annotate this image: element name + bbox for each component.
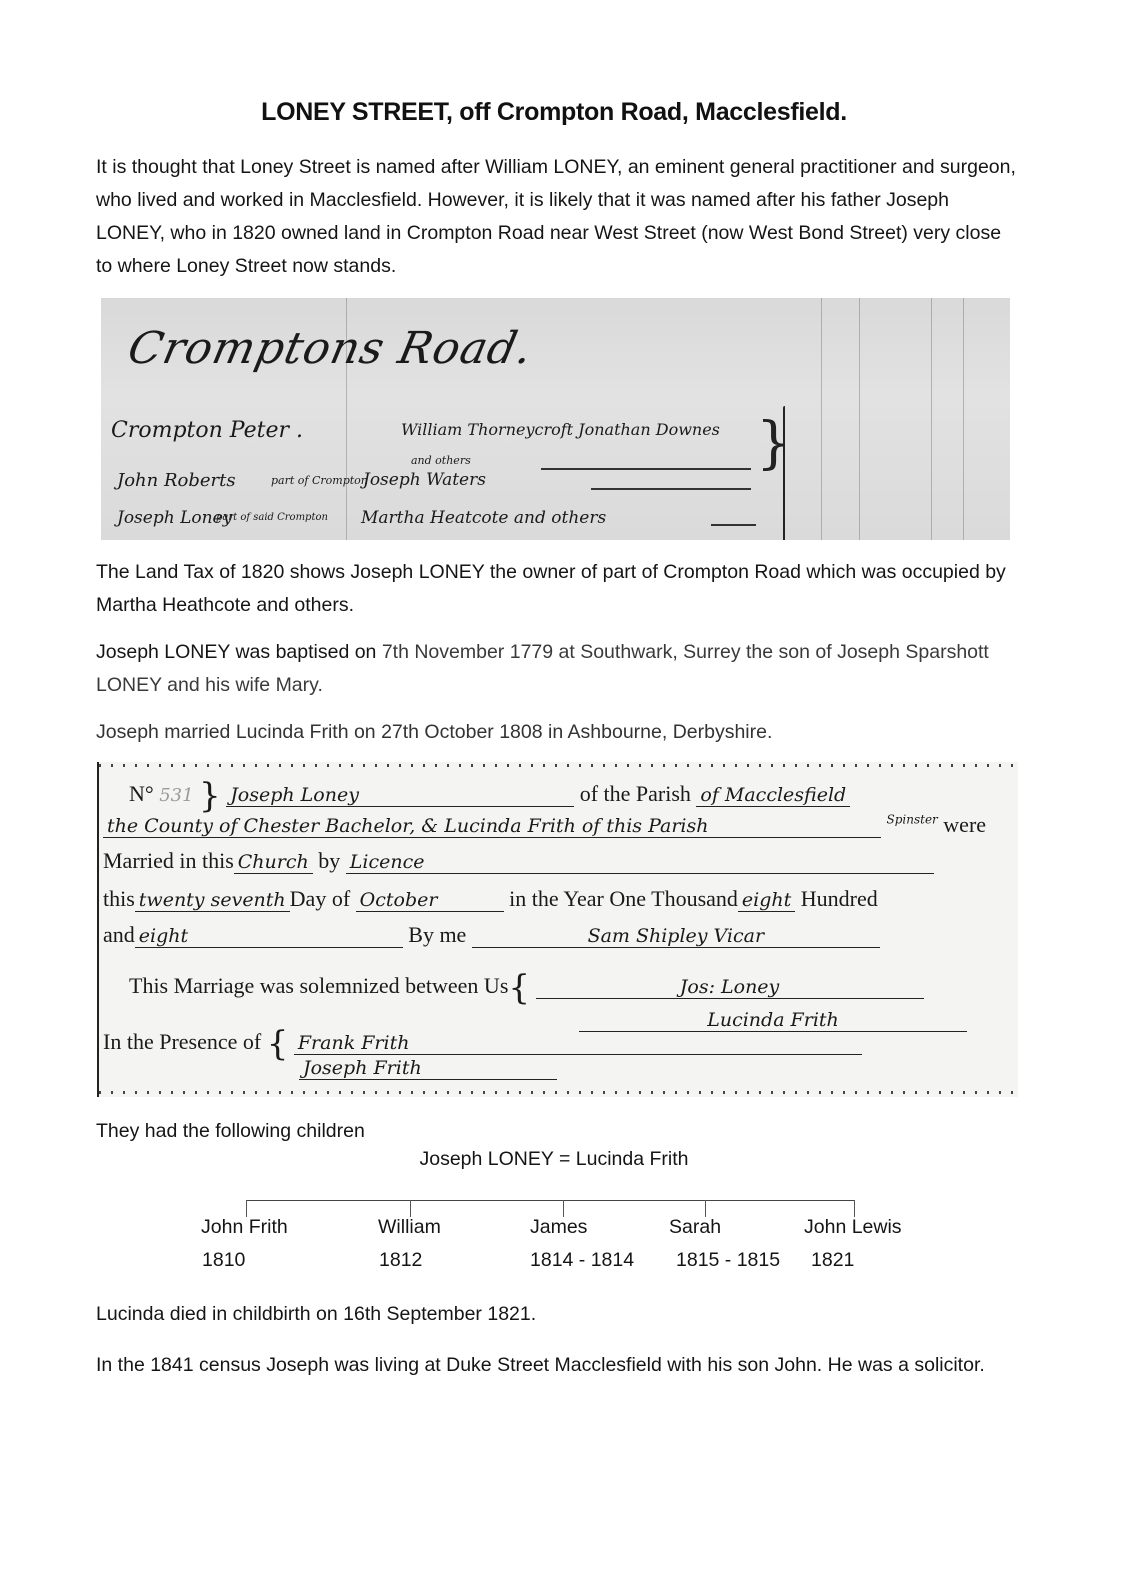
child-name: John Lewis xyxy=(804,1216,902,1239)
groom-parish: of Macclesfield xyxy=(696,784,850,807)
place-church: Church xyxy=(234,851,313,874)
brace-glyph: { xyxy=(267,1024,289,1064)
census-paragraph: In the 1841 census Joseph was living at … xyxy=(96,1349,1016,1382)
groom-status-and-bride: the County of Chester Bachelor, & Lucind… xyxy=(103,815,881,838)
child-years: 1812 xyxy=(379,1249,422,1272)
witness-2-signature: Joseph Frith xyxy=(299,1057,557,1080)
ledger-line xyxy=(541,468,751,470)
brace-glyph: { xyxy=(508,968,530,1008)
child-years: 1814 - 1814 xyxy=(530,1249,634,1272)
of-the-parish-label: of the Parish xyxy=(580,781,691,806)
were-label: were xyxy=(943,812,986,837)
baptism-paragraph: Joseph LONEY was baptised on 7th Novembe… xyxy=(96,636,1016,702)
family-tree-connector xyxy=(246,1200,855,1201)
officiant-signature: Sam Shipley Vicar xyxy=(472,925,880,948)
dotted-border xyxy=(99,764,1018,767)
ledger-rule xyxy=(931,298,932,540)
family-tree-parents: Joseph LONEY = Lucinda Frith xyxy=(0,1148,1108,1171)
by-label: by xyxy=(318,848,340,873)
land-tax-note: part of said Crompton xyxy=(216,512,328,523)
day-of-label: Day of xyxy=(290,886,350,911)
solemnized-label: This Marriage was solemnized between Us xyxy=(129,973,508,998)
witness-1-signature: Frank Frith xyxy=(294,1032,862,1055)
ledger-bracket-line xyxy=(783,406,785,540)
register-line-3: Married in thisChurch by Licence xyxy=(103,848,1018,874)
register-line-5: andeight By me Sam Shipley Vicar xyxy=(103,922,1018,948)
land-tax-owner: John Roberts xyxy=(117,470,236,491)
dotted-border xyxy=(99,1091,1018,1094)
by-licence: Licence xyxy=(346,851,934,874)
marriage-year: eight xyxy=(135,925,403,948)
child-name: John Frith xyxy=(201,1216,288,1239)
child-name: Sarah xyxy=(669,1216,721,1239)
register-line-1: N° 531 } Joseph Loney of the Parish of M… xyxy=(129,776,1018,816)
register-line-2: the County of Chester Bachelor, & Lucind… xyxy=(103,812,1018,838)
ledger-rule xyxy=(859,298,860,540)
brace-glyph: } xyxy=(199,776,221,816)
child-name: William xyxy=(378,1216,441,1239)
groom-signature: Jos: Loney xyxy=(536,976,924,999)
intro-paragraph: It is thought that Loney Street is named… xyxy=(96,151,1016,283)
entry-number: 531 xyxy=(159,785,193,806)
baptism-text-start: Joseph LONEY was baptised on xyxy=(96,641,382,663)
marriage-century: eight xyxy=(738,889,795,912)
land-tax-occupier: Joseph Waters xyxy=(363,470,486,490)
land-tax-occupier-extra: and others xyxy=(411,454,471,467)
this-label: this xyxy=(103,886,135,911)
marriage-paragraph: Joseph married Lucinda Frith on 27th Oct… xyxy=(96,716,1016,749)
child-years: 1810 xyxy=(202,1249,245,1272)
year-label: in the Year One Thousand xyxy=(509,886,738,911)
land-tax-occupier: William Thorneycroft Jonathan Downes xyxy=(401,420,720,439)
land-tax-paragraph: The Land Tax of 1820 shows Joseph LONEY … xyxy=(96,556,1016,622)
hundred-label: Hundred xyxy=(801,886,878,911)
family-tree-tick xyxy=(246,1200,247,1217)
land-tax-owner: Joseph Loney xyxy=(117,508,232,528)
death-paragraph: Lucinda died in childbirth on 16th Septe… xyxy=(96,1298,1016,1331)
marriage-register-scan-image: N° 531 } Joseph Loney of the Parish of M… xyxy=(97,762,1018,1097)
child-years: 1821 xyxy=(811,1249,854,1272)
ledger-rule xyxy=(963,298,964,540)
married-in-label: Married in this xyxy=(103,848,234,873)
presence-label: In the Presence of xyxy=(103,1029,261,1054)
family-tree-tick xyxy=(563,1200,564,1217)
register-line-7b: Joseph Frith xyxy=(299,1054,1018,1080)
and-label: and xyxy=(103,922,135,947)
land-tax-note: part of Crompton xyxy=(271,474,368,487)
by-me-label: By me xyxy=(408,922,466,947)
ledger-line xyxy=(711,524,756,526)
ledger-rule xyxy=(821,298,822,540)
marriage-day: twenty seventh xyxy=(135,889,290,912)
land-tax-scan-image: Cromptons Road. Crompton Peter . William… xyxy=(101,298,1010,540)
groom-name: Joseph Loney xyxy=(226,784,574,807)
number-label: N° xyxy=(129,781,154,806)
land-tax-heading: Cromptons Road. xyxy=(124,323,538,374)
family-tree-tick xyxy=(854,1200,855,1217)
bride-status: Spinster xyxy=(887,813,938,827)
page-title: LONEY STREET, off Crompton Road, Maccles… xyxy=(0,98,1108,127)
land-tax-occupier: Martha Heatcote and others xyxy=(361,508,606,528)
child-name: James xyxy=(530,1216,587,1239)
register-line-4: thistwenty seventhDay of October in the … xyxy=(103,886,1018,912)
marriage-month: October xyxy=(356,889,504,912)
document-page: LONEY STREET, off Crompton Road, Maccles… xyxy=(0,0,1123,1588)
children-intro: They had the following children xyxy=(96,1115,1016,1148)
family-tree-tick xyxy=(705,1200,706,1217)
child-years: 1815 - 1815 xyxy=(676,1249,780,1272)
land-tax-owner: Crompton Peter . xyxy=(111,418,303,443)
register-line-6: This Marriage was solemnized between Us{… xyxy=(129,968,1018,1008)
ledger-line xyxy=(591,488,751,490)
family-tree-tick xyxy=(410,1200,411,1217)
brace-glyph: } xyxy=(756,416,792,472)
